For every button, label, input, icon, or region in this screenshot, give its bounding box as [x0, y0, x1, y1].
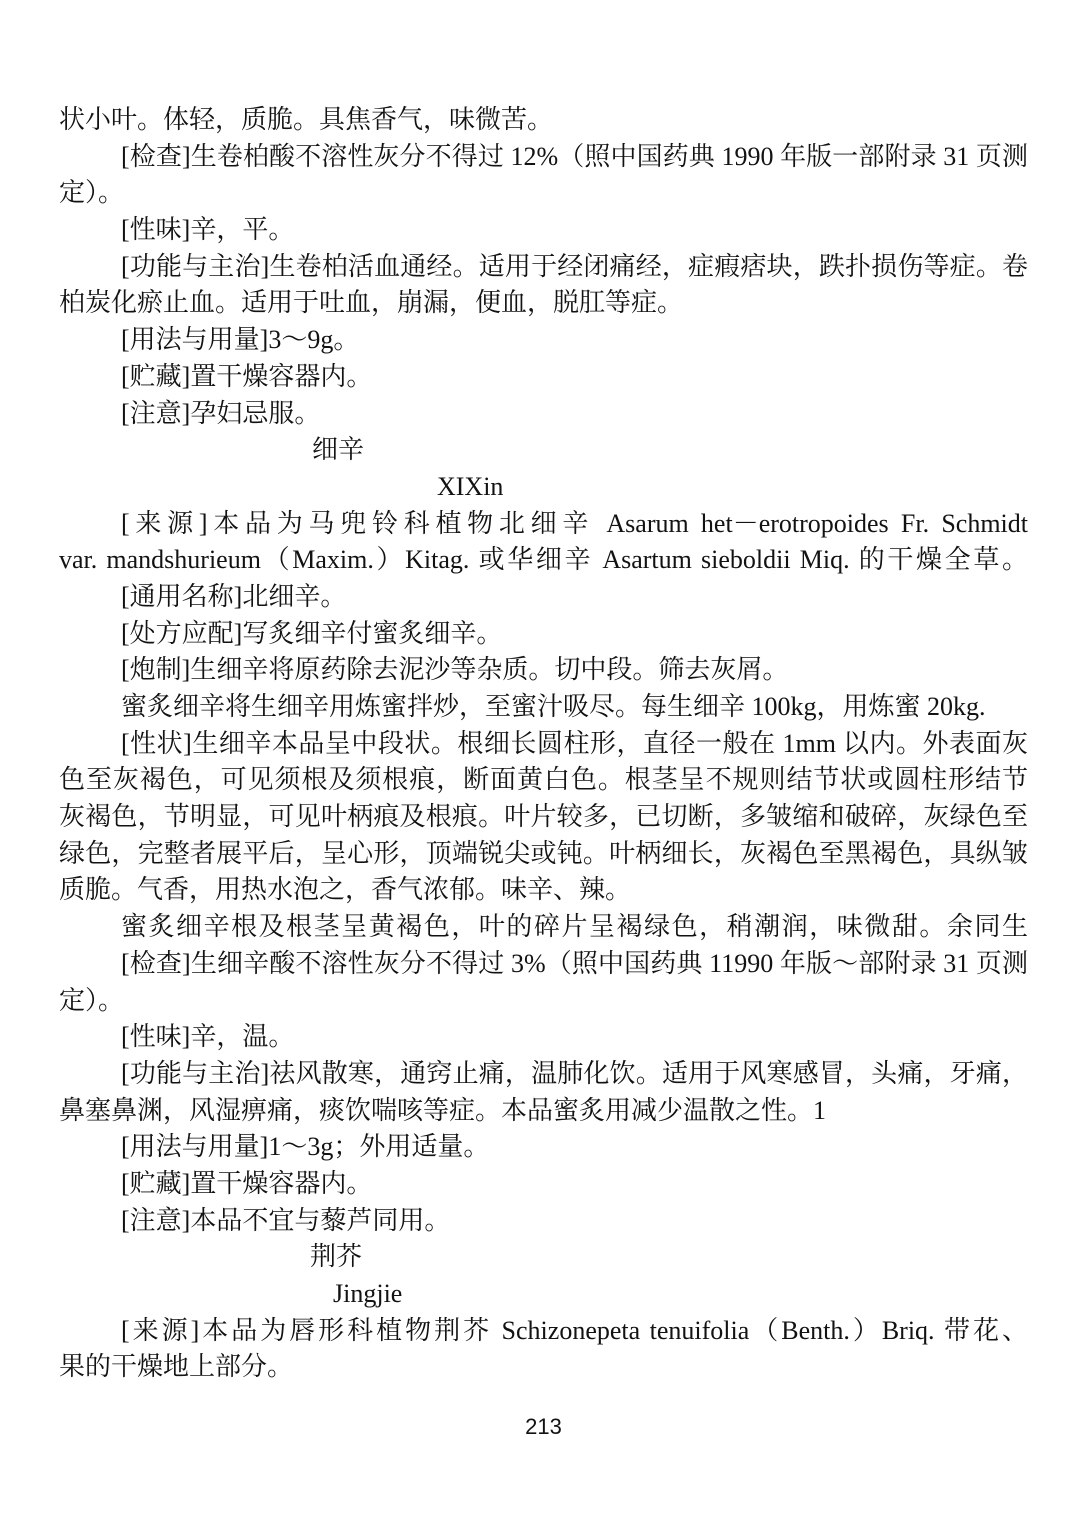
text-line: [性味]辛，温。: [59, 1019, 1028, 1056]
text-line: 状小叶。体轻，质脆。具焦香气，味微苦。: [59, 102, 1028, 139]
text-line: 柏炭化瘀止血。适用于吐血，崩漏，便血，脱肛等症。: [59, 285, 1028, 322]
document-body: 状小叶。体轻，质脆。具焦香气，味微苦。[检查]生卷柏酸不溶性灰分不得过 12%（…: [59, 102, 1028, 1386]
text-line: [处方应配]写炙细辛付蜜炙细辛。: [59, 616, 1028, 653]
section-title-chinese: 细辛: [312, 432, 1028, 469]
text-line: 质脆。气香，用热水泡之，香气浓郁。味辛、辣。: [59, 872, 1028, 909]
text-line: [功能与主治]生卷柏活血通经。适用于经闭痛经，症瘕痞块，跌扑损伤等症。卷: [59, 249, 1028, 286]
text-line: 定）。: [59, 175, 1028, 212]
text-line: [注意]孕妇忌服。: [59, 396, 1028, 433]
document-page: 状小叶。体轻，质脆。具焦香气，味微苦。[检查]生卷柏酸不溶性灰分不得过 12%（…: [0, 0, 1087, 1536]
text-line: [通用名称]北细辛。: [59, 579, 1028, 616]
text-line: [检查]生细辛酸不溶性灰分不得过 3%（照中国药典 11990 年版～部附录 3…: [59, 946, 1028, 983]
text-line: 绿色，完整者展平后，呈心形，顶端锐尖或钝。叶柄细长，灰褐色至黑褐色，具纵皱纹。: [59, 836, 1028, 873]
text-line: [性状]生细辛本品呈中段状。根细长圆柱形，直径一般在 1mm 以内。外表面灰黄: [59, 726, 1028, 763]
text-line: 色至灰褐色，可见须根及须根痕，断面黄白色。根茎呈不规则结节状或圆柱形结节状，: [59, 762, 1028, 799]
text-line: [贮藏]置干燥容器内。: [59, 1166, 1028, 1203]
text-line: 果的干燥地上部分。: [59, 1349, 1028, 1386]
text-line: 鼻塞鼻渊，风湿痹痛，痰饮喘咳等症。本品蜜炙用减少温散之性。1: [59, 1093, 1028, 1130]
text-line: 定）。: [59, 983, 1028, 1020]
text-line: 蜜炙细辛根及根茎呈黄褐色，叶的碎片呈褐绿色，稍潮润，味微甜。余同生品。: [59, 909, 1028, 946]
section-title-pinyin: Jingjie: [333, 1276, 1028, 1313]
page-number: 213: [0, 1412, 1087, 1442]
section-title-chinese: 荆芥: [310, 1239, 1028, 1276]
text-line: var. mandshurieum（Maxim.）Kitag. 或华细辛 Asa…: [59, 542, 1028, 579]
text-line: [炮制]生细辛将原药除去泥沙等杂质。切中段。筛去灰屑。: [59, 652, 1028, 689]
text-line: [用法与用量]3～9g。: [59, 322, 1028, 359]
text-line: [来源]本品为马兜铃科植物北细辛 Asarum het－erotropoides…: [59, 506, 1028, 543]
section-title-pinyin: XIXin: [437, 469, 1028, 506]
text-line: [来源]本品为唇形科植物荆芥 Schizonepeta tenuifolia（B…: [59, 1313, 1028, 1350]
text-line: 蜜炙细辛将生细辛用炼蜜拌炒，至蜜汁吸尽。每生细辛 100kg，用炼蜜 20kg.: [59, 689, 1028, 726]
text-line: 灰褐色，节明显，可见叶柄痕及根痕。叶片较多，已切断，多皱缩和破碎，灰绿色至褐: [59, 799, 1028, 836]
text-line: [用法与用量]1～3g；外用适量。: [59, 1129, 1028, 1166]
text-line: [注意]本品不宜与藜芦同用。: [59, 1203, 1028, 1240]
text-line: [贮藏]置干燥容器内。: [59, 359, 1028, 396]
text-line: [功能与主治]祛风散寒，通窍止痛，温肺化饮。适用于风寒感冒，头痛，牙痛，: [59, 1056, 1028, 1093]
text-line: [检查]生卷柏酸不溶性灰分不得过 12%（照中国药典 1990 年版一部附录 3…: [59, 139, 1028, 176]
text-line: [性味]辛，平。: [59, 212, 1028, 249]
